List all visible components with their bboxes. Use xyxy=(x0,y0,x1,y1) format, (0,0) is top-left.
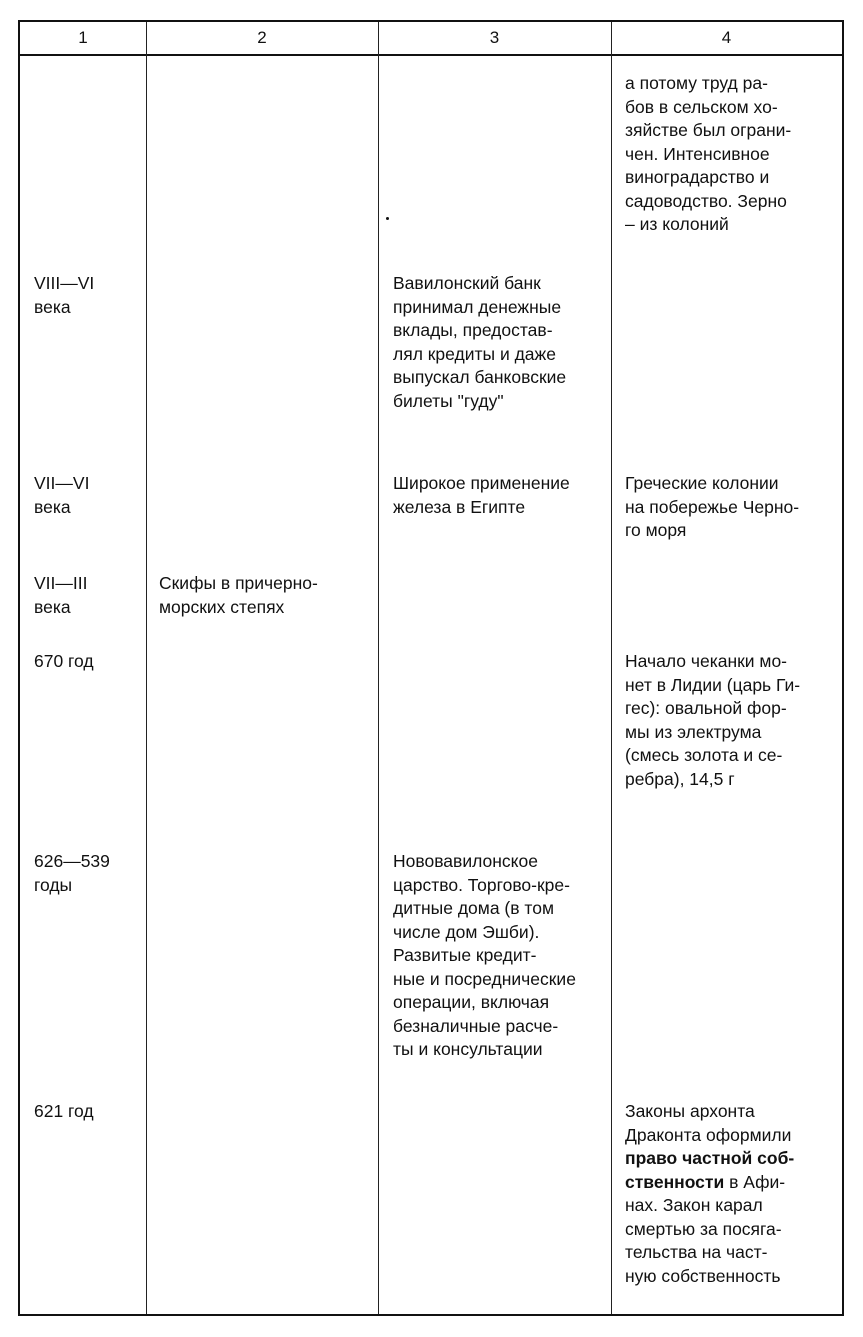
history-table: 1 2 3 4 а потому труд ра- бов в сельском… xyxy=(18,20,844,1316)
table-row-3-col2: Скифы в причерно- морских степях xyxy=(159,572,364,619)
table-row-0-col4: а потому труд ра- бов в сельском хо- зяй… xyxy=(625,72,830,237)
stray-dot xyxy=(386,217,389,220)
col4-text-pre: Законы архонта Драконта оформили xyxy=(625,1101,791,1145)
table-row-4-date: 670 год xyxy=(34,650,144,674)
column-divider xyxy=(611,22,612,1314)
table-header: 1 2 3 4 xyxy=(20,22,842,56)
table-row-1-col3: Вавилонский банк принимал денежные вклад… xyxy=(393,272,598,413)
table-row-2-col4: Греческие колонии на побережье Черно- го… xyxy=(625,472,830,543)
table-row-6-col4: Законы архонта Драконта оформили право ч… xyxy=(625,1100,830,1288)
table-row-2-date: VII—VI века xyxy=(34,472,144,519)
table-row-6-date: 621 год xyxy=(34,1100,144,1124)
column-divider xyxy=(378,22,379,1314)
table-row-5-date: 626—539 годы xyxy=(34,850,144,897)
table-row-3-date: VII—III века xyxy=(34,572,144,619)
column-divider xyxy=(146,22,147,1314)
table-row-2-col3: Широкое применение железа в Египте xyxy=(393,472,598,519)
table-row-4-col4: Начало чеканки мо- нет в Лидии (царь Ги-… xyxy=(625,650,830,791)
header-col-2: 2 xyxy=(146,22,378,54)
table-row-5-col3: Нововавилонское царство. Торгово-кре- ди… xyxy=(393,850,598,1062)
header-col-3: 3 xyxy=(378,22,611,54)
header-col-4: 4 xyxy=(611,22,842,54)
header-col-1: 1 xyxy=(20,22,146,54)
table-row-1-date: VIII—VI века xyxy=(34,272,144,319)
